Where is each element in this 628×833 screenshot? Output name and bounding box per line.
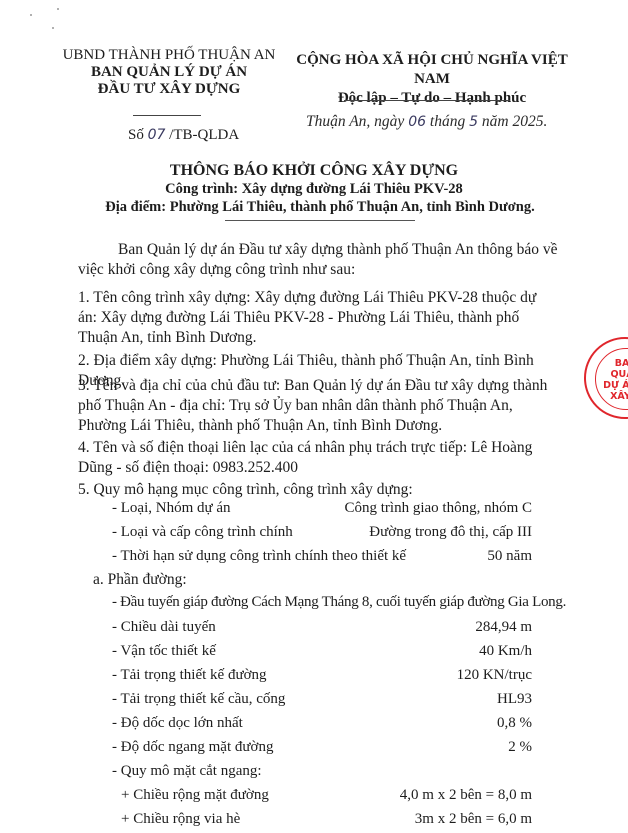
spec-row: - Độ dốc ngang mặt đường2 %: [112, 737, 532, 757]
document-date: Thuận An, ngày 06 tháng 5 năm 2025.: [306, 113, 547, 131]
spec-row: - Thời hạn sử dụng công trình chính theo…: [112, 546, 532, 566]
scan-speck: [52, 27, 54, 29]
spec-label: - Chiều dài tuyến: [112, 617, 216, 637]
spec-label: - Tải trọng thiết kế đường: [112, 665, 267, 685]
date-month-label: tháng: [430, 113, 465, 130]
official-seal: BANQUẢNDỰ ÁN ĐXÂY D: [584, 337, 628, 419]
spec-row: - Tải trọng thiết kế đường120 KN/trục: [112, 665, 532, 685]
spec-value: 40 Km/h: [479, 641, 532, 661]
number-value: 07: [148, 127, 166, 143]
spec-value: 50 năm: [487, 546, 532, 566]
spec-label: - Vận tốc thiết kế: [112, 641, 216, 661]
date-prefix: Thuận An, ngày: [306, 113, 404, 130]
scan-speck: [30, 14, 32, 16]
agency-name-line1: BAN QUẢN LÝ DỰ ÁN: [60, 64, 278, 81]
number-suffix: /TB-QLDA: [169, 127, 239, 143]
agency-parent: UBND THÀNH PHỐ THUẬN AN: [60, 47, 278, 64]
spec-value: HL93: [497, 689, 532, 709]
spec-label: - Độ dốc ngang mặt đường: [112, 737, 273, 757]
item-1: 1. Tên công trình xây dựng: Xây dựng đườ…: [78, 288, 558, 348]
spec-row: + Chiều rộng mặt đường4,0 m x 2 bên = 8,…: [121, 785, 532, 805]
spec-label: + Chiều rộng via hè: [121, 809, 240, 829]
number-prefix: Số: [128, 127, 144, 143]
date-day: 06: [408, 114, 426, 130]
spec-row: - Độ dốc dọc lớn nhất0,8 %: [112, 713, 532, 733]
spec-value: 2 %: [508, 737, 532, 757]
document-title: THÔNG BÁO KHỞI CÔNG XÂY DỰNG: [0, 162, 628, 180]
spec-row: - Chiều dài tuyến284,94 m: [112, 617, 532, 637]
spec-row: - Vận tốc thiết kế40 Km/h: [112, 641, 532, 661]
motto: Độc lập – Tự do – Hạnh phúc: [282, 89, 582, 108]
item-5: 5. Quy mô hạng mục công trình, công trìn…: [78, 480, 558, 500]
motto-divider: [344, 100, 510, 101]
spec-label: - Quy mô mặt cắt ngang:: [112, 761, 262, 781]
seal-line: QUẢN: [596, 369, 628, 380]
seal-line: XÂY D: [596, 391, 628, 402]
seal-line: DỰ ÁN Đ: [596, 380, 628, 391]
project-name: Công trình: Xây dựng đường Lái Thiêu PKV…: [0, 181, 628, 198]
spec-value: Công trình giao thông, nhóm C: [345, 498, 533, 518]
date-year: năm 2025.: [482, 113, 547, 130]
spec-row: - Loại, Nhóm dự ánCông trình giao thông,…: [112, 498, 532, 518]
spec-value: 284,94 m: [475, 617, 532, 637]
spec-row: - Loại và cấp công trình chínhĐường tron…: [112, 522, 532, 542]
seal-line: BAN: [596, 358, 628, 369]
section-a-heading: a. Phần đường:: [93, 571, 187, 589]
title-divider: [225, 220, 415, 221]
scan-speck: [57, 8, 59, 10]
spec-value: 0,8 %: [497, 713, 532, 733]
route-description: - Đầu tuyến giáp đường Cách Mạng Tháng 8…: [112, 594, 566, 611]
date-month: 5: [469, 114, 478, 130]
spec-value: 4,0 m x 2 bên = 8,0 m: [400, 785, 532, 805]
intro-paragraph: Ban Quản lý dự án Đầu tư xây dựng thành …: [78, 240, 558, 280]
spec-value: 120 KN/trục: [457, 665, 532, 685]
spec-value: Đường trong đô thị, cấp III: [369, 522, 532, 542]
spec-label: - Loại và cấp công trình chính: [112, 522, 293, 542]
seal-text: BANQUẢNDỰ ÁN ĐXÂY D: [596, 358, 628, 402]
spec-row: + Chiều rộng via hè3m x 2 bên = 6,0 m: [121, 809, 532, 829]
issuing-agency: UBND THÀNH PHỐ THUẬN AN BAN QUẢN LÝ DỰ Á…: [60, 47, 278, 98]
spec-label: + Chiều rộng mặt đường: [121, 785, 269, 805]
spec-label: - Tải trọng thiết kế cầu, cống: [112, 689, 285, 709]
project-location: Địa điểm: Phường Lái Thiêu, thành phố Th…: [0, 199, 628, 216]
spec-label: - Loại, Nhóm dự án: [112, 498, 231, 518]
spec-row: - Tải trọng thiết kế cầu, cốngHL93: [112, 689, 532, 709]
spec-label: - Độ dốc dọc lớn nhất: [112, 713, 243, 733]
document-number: Số 07 /TB-QLDA: [128, 127, 239, 144]
spec-value: 3m x 2 bên = 6,0 m: [415, 809, 532, 829]
spec-row: - Quy mô mặt cắt ngang:: [112, 761, 532, 781]
item-4: 4. Tên và số điện thoại liên lạc của cá …: [78, 438, 558, 478]
agency-divider: [133, 115, 201, 116]
agency-name-line2: ĐẦU TƯ XÂY DỰNG: [60, 81, 278, 98]
spec-label: - Thời hạn sử dụng công trình chính theo…: [112, 546, 406, 566]
item-3: 3. Tên và địa chỉ của chủ đầu tư: Ban Qu…: [78, 376, 558, 436]
country-name: CỘNG HÒA XÃ HỘI CHỦ NGHĨA VIỆT NAM: [282, 51, 582, 89]
document-page: UBND THÀNH PHỐ THUẬN AN BAN QUẢN LÝ DỰ Á…: [0, 0, 628, 833]
